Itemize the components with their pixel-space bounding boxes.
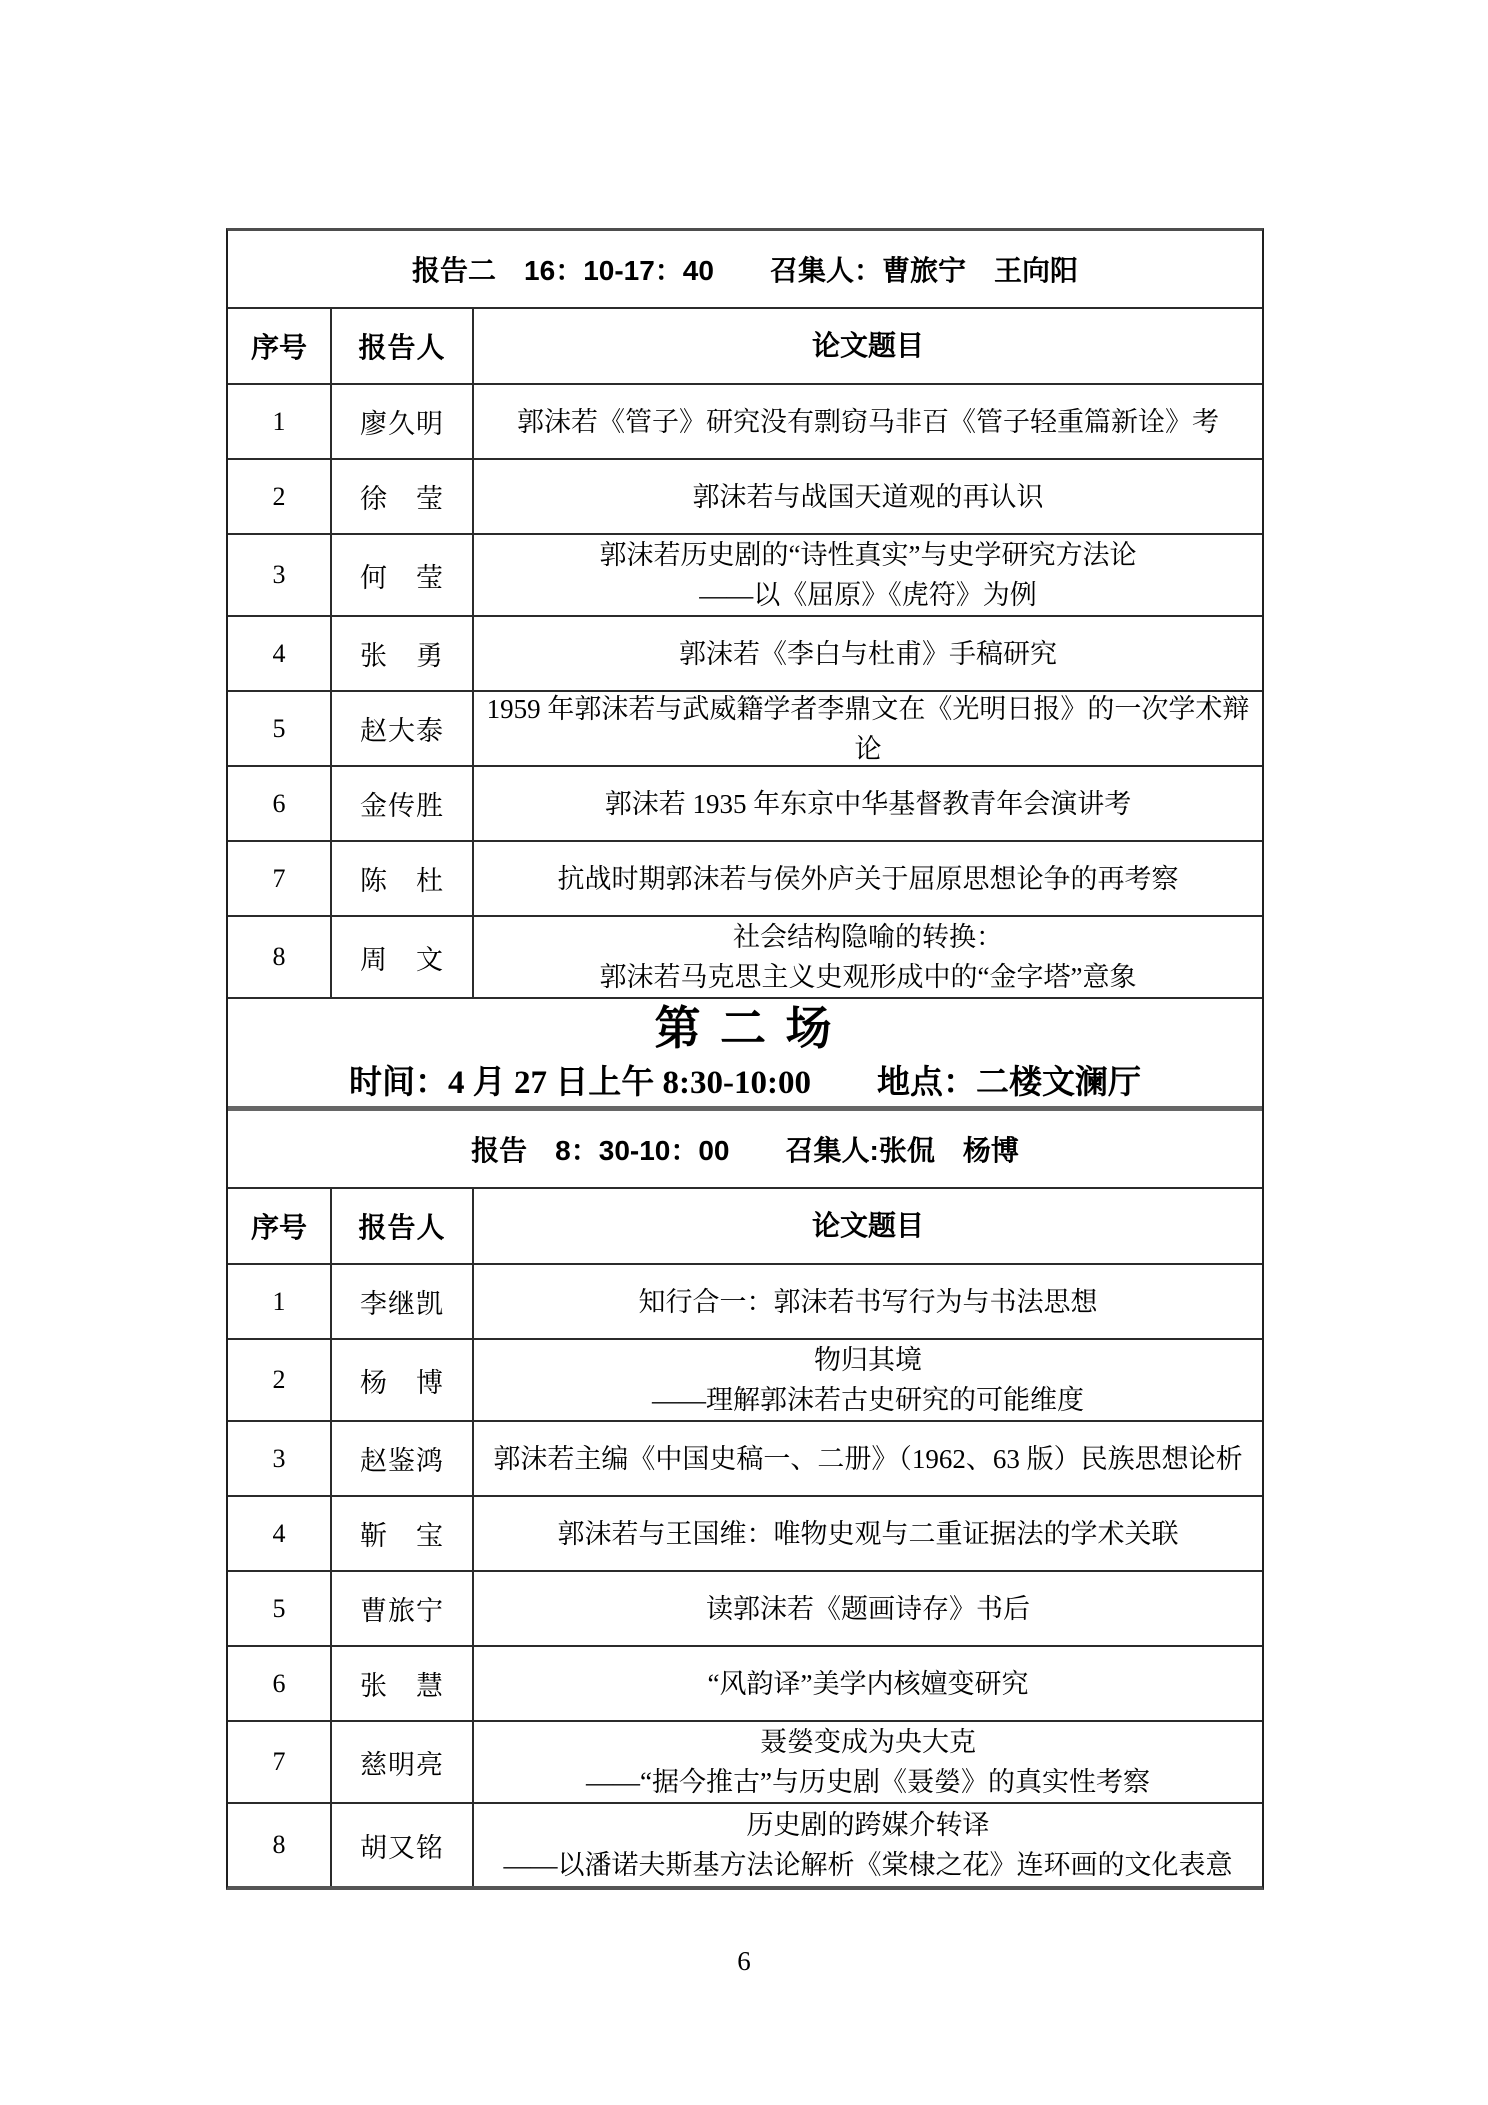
session2-title: 第 二 场 — [655, 1003, 836, 1055]
paper-title-line1: 郭沫若主编《中国史稿一、二册》（1962、63 版）民族思想论析 — [493, 1439, 1242, 1479]
paper-title-line1: 郭沫若《管子》研究没有剽窃马非百《管子轻重篇新诠》考 — [517, 402, 1219, 442]
table-row: 2 杨 博 物归其境 ——理解郭沫若古史研究的可能维度 — [228, 1340, 1262, 1422]
paper-title-cell: “风韵译”美学内核嬗变研究 — [474, 1647, 1262, 1720]
row-number-cell: 2 — [228, 460, 332, 533]
row-number-cell: 3 — [228, 1422, 332, 1495]
table-row: 7 慈明亮 聂嫈变成为央大克 ——“据今推古”与历史剧《聂嫈》的真实性考察 — [228, 1722, 1262, 1804]
presenter-cell: 陈 杜 — [332, 842, 474, 915]
table-row: 1 李继凯 知行合一：郭沫若书写行为与书法思想 — [228, 1265, 1262, 1340]
row-number-cell: 1 — [228, 1265, 332, 1338]
paper-title-cell: 聂嫈变成为央大克 ——“据今推古”与历史剧《聂嫈》的真实性考察 — [474, 1722, 1262, 1802]
table-row: 6 张 慧 “风韵译”美学内核嬗变研究 — [228, 1647, 1262, 1722]
row-number-cell: 6 — [228, 767, 332, 840]
table-row: 3 何 莹 郭沫若历史剧的“诗性真实”与史学研究方法论 ——以《屈原》《虎符》为… — [228, 535, 1262, 617]
presenter-cell: 张 慧 — [332, 1647, 474, 1720]
table-row: 3 赵鉴鸿 郭沫若主编《中国史稿一、二册》（1962、63 版）民族思想论析 — [228, 1422, 1262, 1497]
row-number-cell: 4 — [228, 1497, 332, 1570]
session1-report-header: 报告二 16：10-17：40 召集人：曹旅宁 王向阳 — [228, 231, 1262, 307]
col-header-title: 论文题目 — [474, 1189, 1262, 1263]
paper-title-line1: 聂嫈变成为央大克 — [760, 1722, 976, 1762]
paper-title-line1: “风韵译”美学内核嬗变研究 — [708, 1664, 1029, 1704]
table-row: 8 胡又铭 历史剧的跨媒介转译 ——以潘诺夫斯基方法论解析《棠棣之花》连环画的文… — [228, 1804, 1262, 1886]
paper-title-cell: 郭沫若主编《中国史稿一、二册》（1962、63 版）民族思想论析 — [474, 1422, 1262, 1495]
session2-report-header: 报告 8：30-10：00 召集人:张侃 杨博 — [228, 1111, 1262, 1187]
row-number-cell: 5 — [228, 1572, 332, 1645]
paper-title-line1: 郭沫若历史剧的“诗性真实”与史学研究方法论 — [600, 535, 1137, 575]
paper-title-line2: ——理解郭沫若古史研究的可能维度 — [652, 1380, 1084, 1420]
paper-title-cell: 社会结构隐喻的转换： 郭沫若马克思主义史观形成中的“金字塔”意象 — [474, 917, 1262, 997]
page-number: 6 — [0, 1946, 1488, 1977]
presenter-cell: 李继凯 — [332, 1265, 474, 1338]
document-page: 报告二 16：10-17：40 召集人：曹旅宁 王向阳 序号 报告人 论文题目 … — [0, 0, 1488, 2105]
presenter-cell: 赵鉴鸿 — [332, 1422, 474, 1495]
row-number-cell: 7 — [228, 1722, 332, 1802]
paper-title-line2: ——“据今推古”与历史剧《聂嫈》的真实性考察 — [586, 1762, 1150, 1802]
paper-title-cell: 物归其境 ——理解郭沫若古史研究的可能维度 — [474, 1340, 1262, 1420]
paper-title-cell: 郭沫若《管子》研究没有剽窃马非百《管子轻重篇新诠》考 — [474, 385, 1262, 458]
presenter-cell: 曹旅宁 — [332, 1572, 474, 1645]
paper-title-line2: ——以潘诺夫斯基方法论解析《棠棣之花》连环画的文化表意 — [504, 1845, 1233, 1885]
row-number-cell: 8 — [228, 917, 332, 997]
paper-title-cell: 郭沫若与王国维：唯物史观与二重证据法的学术关联 — [474, 1497, 1262, 1570]
paper-title-cell: 郭沫若《李白与杜甫》手稿研究 — [474, 617, 1262, 690]
paper-title-cell: 抗战时期郭沫若与侯外庐关于屈原思想论争的再考察 — [474, 842, 1262, 915]
row-number-cell: 7 — [228, 842, 332, 915]
presenter-cell: 张 勇 — [332, 617, 474, 690]
paper-title-cell: 历史剧的跨媒介转译 ——以潘诺夫斯基方法论解析《棠棣之花》连环画的文化表意 — [474, 1804, 1262, 1886]
presenter-cell: 周 文 — [332, 917, 474, 997]
presenter-cell: 靳 宝 — [332, 1497, 474, 1570]
paper-title-cell: 知行合一：郭沫若书写行为与书法思想 — [474, 1265, 1262, 1338]
paper-title-line1: 物归其境 — [814, 1340, 922, 1380]
col-header-title: 论文题目 — [474, 309, 1262, 383]
paper-title-line1: 社会结构隐喻的转换： — [733, 917, 1003, 957]
session2-report-header-row: 报告 8：30-10：00 召集人:张侃 杨博 — [228, 1111, 1262, 1189]
paper-title-line1: 读郭沫若《题画诗存》书后 — [706, 1589, 1030, 1629]
paper-title-cell: 郭沫若 1935 年东京中华基督教青年会演讲考 — [474, 767, 1262, 840]
paper-title-line1: 郭沫若 1935 年东京中华基督教青年会演讲考 — [605, 784, 1132, 824]
session2-schedule: 时间：4 月 27 日上午 8:30-10:00 地点：二楼文澜厅 — [349, 1063, 1141, 1103]
presenter-cell: 金传胜 — [332, 767, 474, 840]
table-row: 4 张 勇 郭沫若《李白与杜甫》手稿研究 — [228, 617, 1262, 692]
conference-program-table: 报告二 16：10-17：40 召集人：曹旅宁 王向阳 序号 报告人 论文题目 … — [226, 228, 1264, 1890]
col-header-no: 序号 — [228, 1189, 332, 1263]
table-row: 4 靳 宝 郭沫若与王国维：唯物史观与二重证据法的学术关联 — [228, 1497, 1262, 1572]
paper-title-cell: 读郭沫若《题画诗存》书后 — [474, 1572, 1262, 1645]
row-number-cell: 3 — [228, 535, 332, 615]
presenter-cell: 何 莹 — [332, 535, 474, 615]
presenter-cell: 慈明亮 — [332, 1722, 474, 1802]
col-header-presenter: 报告人 — [332, 309, 474, 383]
table-row: 5 曹旅宁 读郭沫若《题画诗存》书后 — [228, 1572, 1262, 1647]
presenter-cell: 廖久明 — [332, 385, 474, 458]
table-row: 7 陈 杜 抗战时期郭沫若与侯外庐关于屈原思想论争的再考察 — [228, 842, 1262, 917]
paper-title-line2: 郭沫若马克思主义史观形成中的“金字塔”意象 — [600, 957, 1137, 997]
paper-title-line1: 历史剧的跨媒介转译 — [747, 1805, 990, 1845]
table-row: 6 金传胜 郭沫若 1935 年东京中华基督教青年会演讲考 — [228, 767, 1262, 842]
col-header-presenter: 报告人 — [332, 1189, 474, 1263]
presenter-cell: 赵大泰 — [332, 692, 474, 765]
row-number-cell: 5 — [228, 692, 332, 765]
table2-column-header-row: 序号 报告人 论文题目 — [228, 1189, 1262, 1265]
paper-title-line1: 1959 年郭沫若与武威籍学者李鼎文在《光明日报》的一次学术辩论 — [480, 689, 1256, 769]
row-number-cell: 4 — [228, 617, 332, 690]
paper-title-line1: 知行合一：郭沫若书写行为与书法思想 — [639, 1282, 1098, 1322]
paper-title-line1: 郭沫若《李白与杜甫》手稿研究 — [679, 634, 1057, 674]
paper-title-cell: 1959 年郭沫若与武威籍学者李鼎文在《光明日报》的一次学术辩论 — [474, 692, 1262, 765]
table-row: 1 廖久明 郭沫若《管子》研究没有剽窃马非百《管子轻重篇新诠》考 — [228, 385, 1262, 460]
table-row: 5 赵大泰 1959 年郭沫若与武威籍学者李鼎文在《光明日报》的一次学术辩论 — [228, 692, 1262, 767]
paper-title-cell: 郭沫若与战国天道观的再认识 — [474, 460, 1262, 533]
row-number-cell: 1 — [228, 385, 332, 458]
paper-title-line1: 郭沫若与王国维：唯物史观与二重证据法的学术关联 — [558, 1514, 1179, 1554]
paper-title-line1: 抗战时期郭沫若与侯外庐关于屈原思想论争的再考察 — [558, 859, 1179, 899]
col-header-no: 序号 — [228, 309, 332, 383]
presenter-cell: 徐 莹 — [332, 460, 474, 533]
row-number-cell: 8 — [228, 1804, 332, 1886]
session2-banner-row: 第 二 场 时间：4 月 27 日上午 8:30-10:00 地点：二楼文澜厅 — [228, 999, 1262, 1111]
paper-title-cell: 郭沫若历史剧的“诗性真实”与史学研究方法论 ——以《屈原》《虎符》为例 — [474, 535, 1262, 615]
table1-column-header-row: 序号 报告人 论文题目 — [228, 309, 1262, 385]
row-number-cell: 2 — [228, 1340, 332, 1420]
presenter-cell: 胡又铭 — [332, 1804, 474, 1886]
paper-title-line1: 郭沫若与战国天道观的再认识 — [693, 477, 1044, 517]
paper-title-line2: ——以《屈原》《虎符》为例 — [699, 575, 1037, 615]
table-row: 2 徐 莹 郭沫若与战国天道观的再认识 — [228, 460, 1262, 535]
presenter-cell: 杨 博 — [332, 1340, 474, 1420]
table-row: 8 周 文 社会结构隐喻的转换： 郭沫若马克思主义史观形成中的“金字塔”意象 — [228, 917, 1262, 999]
session2-banner: 第 二 场 时间：4 月 27 日上午 8:30-10:00 地点：二楼文澜厅 — [228, 999, 1262, 1106]
row-number-cell: 6 — [228, 1647, 332, 1720]
session1-report-header-row: 报告二 16：10-17：40 召集人：曹旅宁 王向阳 — [228, 231, 1262, 309]
